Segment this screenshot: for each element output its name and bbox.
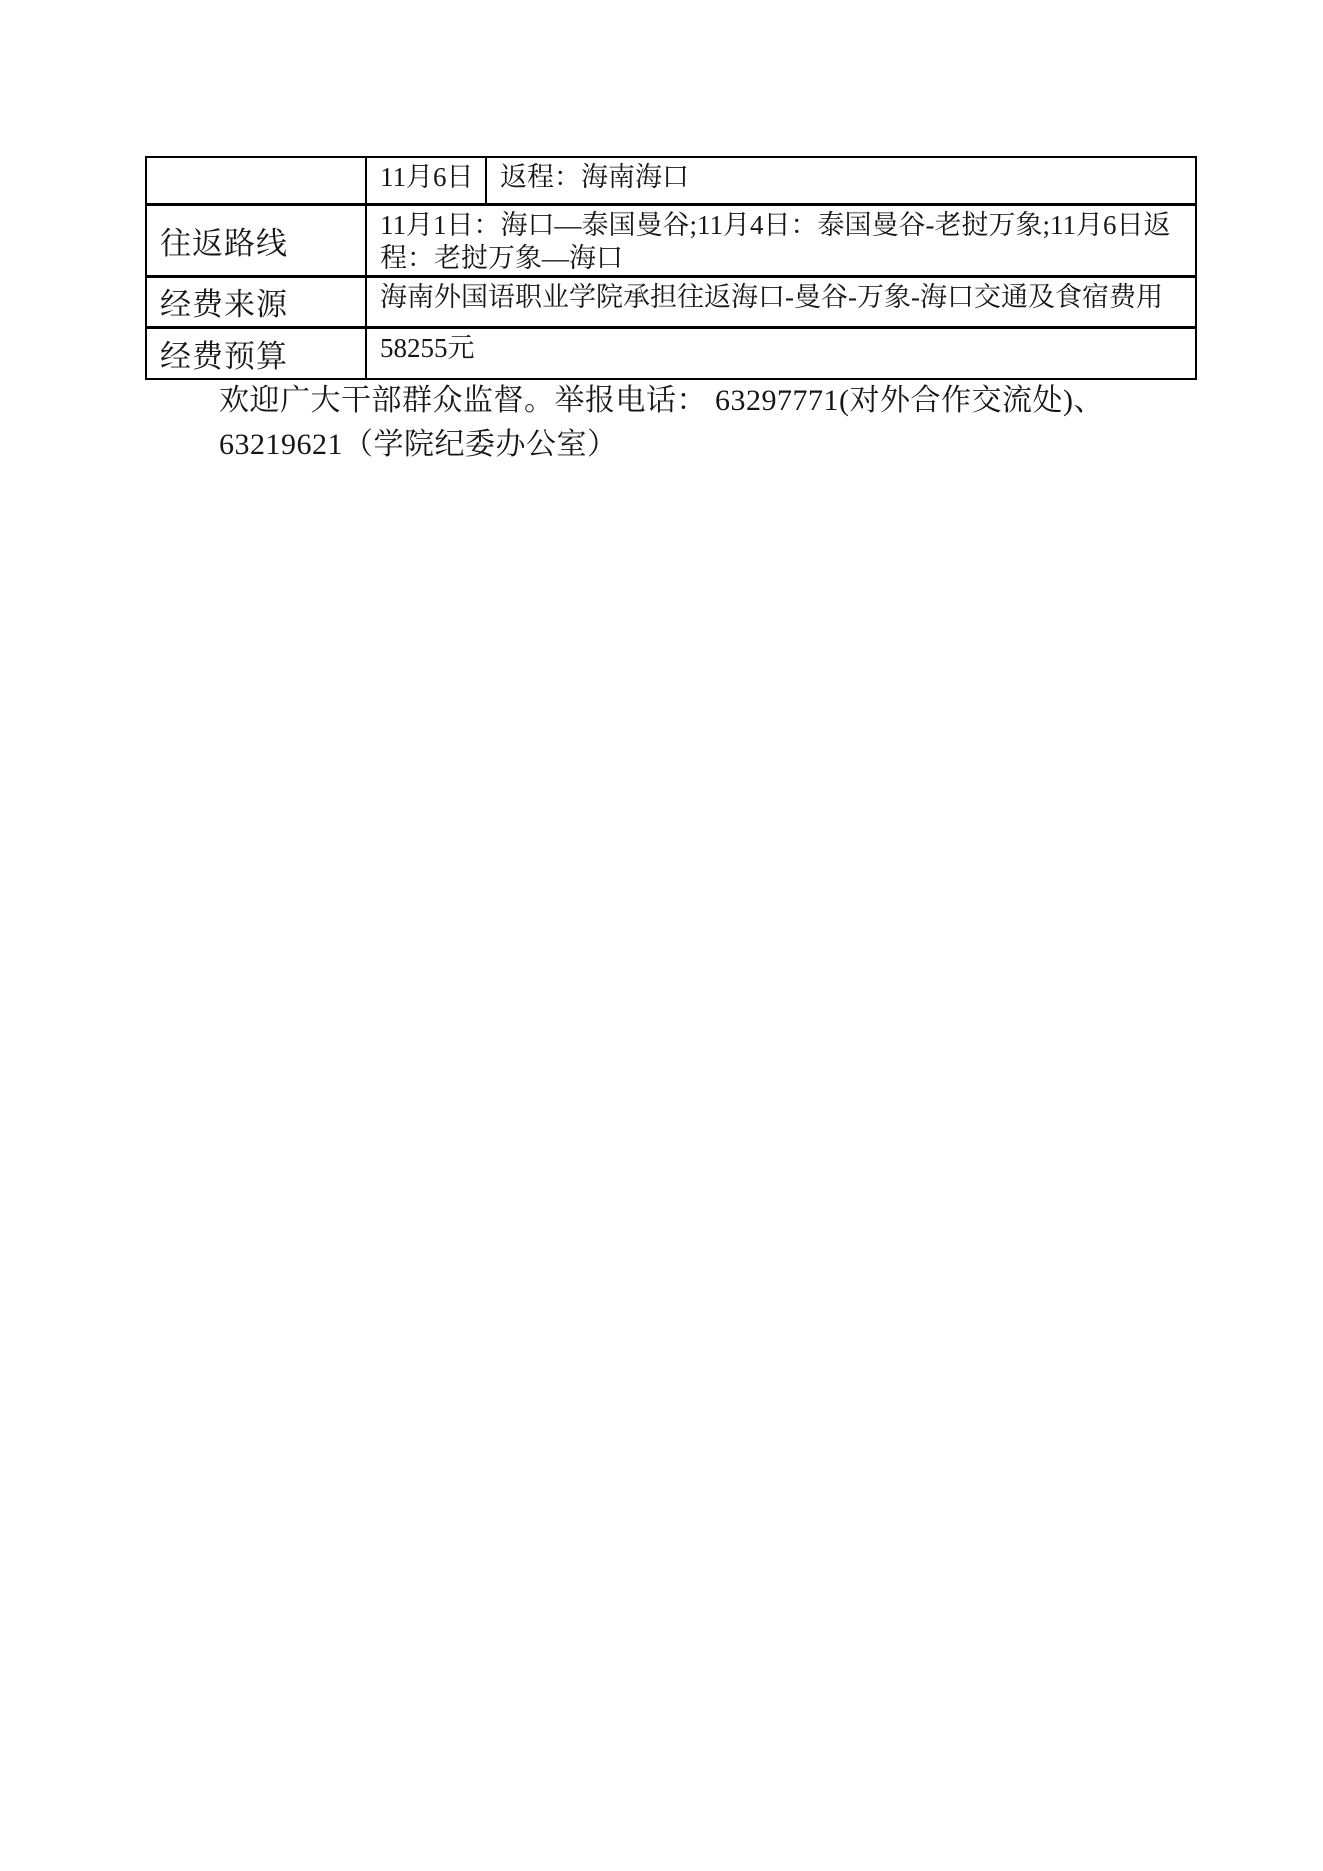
supervision-note-line2: 63219621（学院纪委办公室） (219, 423, 1104, 467)
table-row: 经费预算 58255元 (146, 327, 1196, 379)
document-page: { "colors": { "page_background": "#fffff… (0, 0, 1323, 1871)
table-cell-return-trip: 返程：海南海口 (486, 157, 1196, 204)
table-row: 往返路线 11月1日：海口—泰国曼谷;11月4日：泰国曼谷-老挝万象;11月6日… (146, 204, 1196, 276)
supervision-note: 欢迎广大干部群众监督。举报电话： 63297771(对外合作交流处)、 6321… (219, 379, 1104, 467)
table-cell-funding-source-value: 海南外国语职业学院承担往返海口-曼谷-万象-海口交通及食宿费用 (366, 276, 1196, 327)
table-cell-route-label: 往返路线 (146, 204, 366, 276)
table-cell-funding-source-label: 经费来源 (146, 276, 366, 327)
table-cell-budget-value: 58255元 (366, 327, 1196, 379)
table-cell-empty-label (146, 157, 366, 204)
supervision-note-line1: 欢迎广大干部群众监督。举报电话： 63297771(对外合作交流处)、 (219, 379, 1104, 423)
table-row: 经费来源 海南外国语职业学院承担往返海口-曼谷-万象-海口交通及食宿费用 (146, 276, 1196, 327)
table-cell-date: 11月6日 (366, 157, 486, 204)
table-cell-route-value: 11月1日：海口—泰国曼谷;11月4日：泰国曼谷-老挝万象;11月6日返 程：老… (366, 204, 1196, 276)
table-row: 11月6日 返程：海南海口 (146, 157, 1196, 204)
trip-info-table: 11月6日 返程：海南海口 往返路线 11月1日：海口—泰国曼谷;11月4日：泰… (145, 156, 1197, 380)
table-cell-budget-label: 经费预算 (146, 327, 366, 379)
